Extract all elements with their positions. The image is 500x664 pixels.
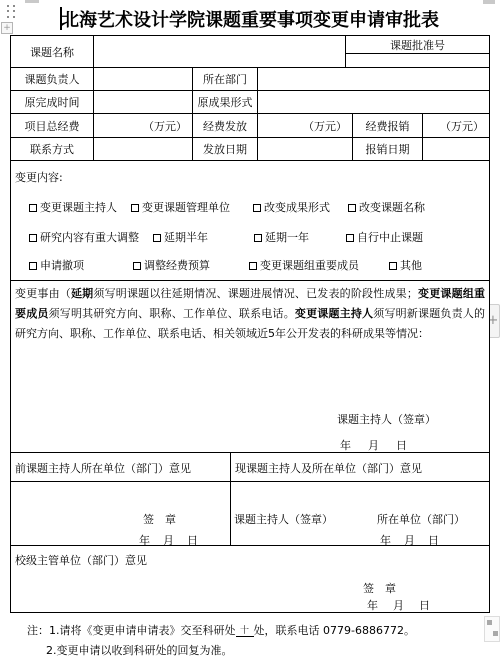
checkbox-option[interactable]: 延期半年 — [153, 229, 208, 245]
label-project-name: 课题名称 — [11, 36, 94, 67]
label-issue-date: 发放日期 — [193, 138, 258, 160]
unit-wanyuan: （万元） — [143, 118, 187, 134]
opinions-body-row: 签 章 年月日 课题主持人（签章） 所在单位（部门） 年月日 — [11, 482, 489, 545]
host-signature-label: 课题主持人（签章） — [234, 511, 333, 527]
label-department: 所在部门 — [193, 68, 258, 90]
checkbox-icon[interactable] — [348, 204, 356, 212]
checkbox-option[interactable]: 研究内容有重大调整 — [29, 229, 139, 245]
unit-wanyuan: （万元） — [440, 118, 484, 134]
seal-label: 签 章 — [363, 580, 396, 596]
school-opinion-header: 校级主管单位（部门）意见 — [15, 552, 147, 568]
checkbox-icon[interactable] — [249, 262, 257, 270]
date-line: 年月日 — [367, 597, 430, 613]
checkbox-icon[interactable] — [29, 234, 37, 242]
checkbox-option[interactable]: 延期一年 — [254, 229, 309, 245]
prev-host-opinion-cell[interactable]: 签 章 年月日 — [11, 482, 231, 545]
department-value-cell[interactable] — [258, 68, 489, 90]
checkbox-option[interactable]: 变更课题主持人 — [29, 199, 117, 215]
opinions-header-row: 前课题主持人所在单位（部门）意见 现课题主持人及所在单位（部门）意见 — [11, 453, 489, 482]
footnote-1: 注：1.请将《变更申请申请表》交至科研处十处，联系电话 0779-6886772… — [27, 622, 415, 638]
checkbox-option[interactable]: 改变成果形式 — [253, 199, 330, 215]
checkbox-row: 申请撤项 调整经费预算 变更课题组重要成员 其他 — [11, 257, 489, 271]
checkbox-icon[interactable] — [254, 234, 262, 242]
checkbox-option[interactable]: 申请撤项 — [29, 257, 84, 273]
page-title: 北海艺术设计学院课题重要事项变更申请审批表 — [0, 6, 500, 32]
section-change-reason[interactable]: 变更事由（延期须写明课题以往延期情况、课题进展情况、已发表的阶段性成果；变更课题… — [11, 281, 489, 453]
unit-label: 所在单位（部门） — [377, 511, 465, 527]
row-funds: 项目总经费 （万元） 经费发放 （万元） 经费报销 （万元） — [11, 114, 489, 138]
checkbox-icon[interactable] — [389, 262, 397, 270]
orig-time-value-cell[interactable] — [94, 91, 193, 113]
footnote-2: 2.变更申请以收到科研处的回复为准。 — [46, 642, 233, 658]
checkbox-icon[interactable] — [253, 204, 261, 212]
checkbox-icon[interactable] — [29, 204, 37, 212]
label-reimburse-date: 报销日期 — [353, 138, 423, 160]
checkbox-icon[interactable] — [29, 262, 37, 270]
label-orig-form: 原成果形式 — [193, 91, 258, 113]
inline-blank[interactable]: 十 — [236, 627, 254, 637]
curr-host-opinion-cell[interactable]: 课题主持人（签章） 所在单位（部门） 年月日 — [231, 482, 489, 545]
section-school-opinion[interactable]: 校级主管单位（部门）意见 签 章 年月日 — [11, 546, 489, 611]
checkbox-icon[interactable] — [346, 234, 354, 242]
label-total-fund: 项目总经费 — [11, 114, 94, 137]
date-line: 年月日 — [340, 437, 407, 453]
seal-label: 签 章 — [143, 511, 176, 527]
ruler-fragment — [483, 0, 495, 4]
change-content-heading: 变更内容: — [15, 169, 63, 185]
label-fund-issue: 经费发放 — [193, 114, 258, 137]
host-signature-label: 课题主持人（签章） — [337, 411, 436, 427]
prev-host-opinion-header: 前课题主持人所在单位（部门）意见 — [11, 453, 231, 481]
row-original: 原完成时间 原成果形式 — [11, 91, 489, 114]
issue-date-value-cell[interactable] — [258, 138, 353, 160]
form-table: 课题名称 课题批准号 课题负责人 所在部门 原完成时间 原成果形式 项目总经费 … — [10, 35, 490, 613]
section-change-content: 变更内容: 变更课题主持人 变更课题管理单位 改变成果形式 改变课题名称 研究内… — [11, 161, 489, 281]
browse-buttons-icon[interactable] — [484, 616, 500, 642]
checkbox-option[interactable]: 变更课题管理单位 — [131, 199, 230, 215]
section-opinions: 前课题主持人所在单位（部门）意见 现课题主持人及所在单位（部门）意见 签 章 年… — [11, 453, 489, 546]
ruler-fragment — [25, 0, 39, 3]
label-leader: 课题负责人 — [11, 68, 94, 90]
reimburse-date-value-cell[interactable] — [423, 138, 489, 160]
leader-value-cell[interactable] — [94, 68, 193, 90]
checkbox-row: 变更课题主持人 变更课题管理单位 改变成果形式 改变课题名称 — [11, 199, 489, 213]
contact-value-cell[interactable] — [94, 138, 193, 160]
checkbox-option[interactable]: 其他 — [389, 257, 422, 273]
document-page: + + 北海艺术设计学院课题重要事项变更申请审批表 课题名称 课题批准号 课题负… — [0, 0, 500, 664]
checkbox-option[interactable]: 自行中止课题 — [346, 229, 423, 245]
label-approval-no: 课题批准号 — [346, 36, 489, 54]
checkbox-icon[interactable] — [153, 234, 161, 242]
unit-wanyuan: （万元） — [303, 118, 347, 134]
checkbox-icon[interactable] — [131, 204, 139, 212]
checkbox-option[interactable]: 调整经费预算 — [133, 257, 210, 273]
label-contact: 联系方式 — [11, 138, 94, 160]
checkbox-option[interactable]: 变更课题组重要成员 — [249, 257, 359, 273]
checkbox-option[interactable]: 改变课题名称 — [348, 199, 425, 215]
curr-host-opinion-header: 现课题主持人及所在单位（部门）意见 — [231, 453, 489, 481]
row-leader: 课题负责人 所在部门 — [11, 68, 489, 91]
fund-reimburse-value-cell[interactable]: （万元） — [423, 114, 489, 137]
row-contact: 联系方式 发放日期 报销日期 — [11, 138, 489, 161]
approval-no-value-cell[interactable] — [346, 54, 489, 67]
row-project-name: 课题名称 课题批准号 — [11, 36, 489, 68]
total-fund-value-cell[interactable]: （万元） — [94, 114, 193, 137]
checkbox-row: 研究内容有重大调整 延期半年 延期一年 自行中止课题 — [11, 229, 489, 243]
orig-form-value-cell[interactable] — [258, 91, 489, 113]
note-label: 注： — [27, 624, 49, 637]
fund-issue-value-cell[interactable]: （万元） — [258, 114, 353, 137]
checkbox-icon[interactable] — [133, 262, 141, 270]
project-name-value-cell[interactable] — [94, 36, 346, 67]
label-orig-time: 原完成时间 — [11, 91, 94, 113]
label-fund-reimburse: 经费报销 — [353, 114, 423, 137]
